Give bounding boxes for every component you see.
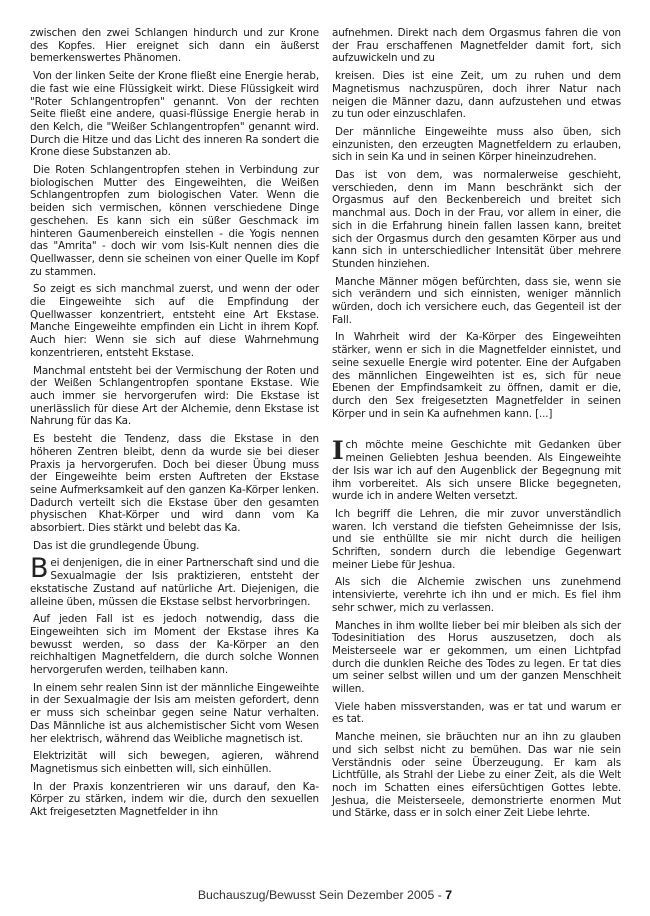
dropcap-paragraph: Ich möchte meine Geschichte mit Gedanken… [332, 439, 621, 503]
drop-cap: I [332, 440, 344, 462]
paragraph: Ich begriff die Lehren, die mir zuvor un… [332, 508, 621, 572]
paragraph: In einem sehr realen Sinn ist der männli… [30, 682, 319, 746]
dropcap-paragraph-text: ch möchte meine Geschichte mit Gedanken … [332, 439, 621, 502]
paragraph: In Wahrheit wird der Ka-Körper des Einge… [332, 331, 621, 420]
paragraph: Manche meinen, sie bräuchten nur an ihn … [332, 731, 621, 820]
paragraph: Manche Männer mögen befürchten, dass sie… [332, 276, 621, 327]
paragraph: In der Praxis konzentrieren wir uns dara… [30, 781, 319, 819]
paragraph: aufnehmen. Direkt nach dem Orgasmus fahr… [332, 27, 621, 65]
paragraph: Auf jeden Fall ist es jedoch notwendig, … [30, 613, 319, 677]
section-spacer [332, 425, 621, 439]
paragraph: Die Roten Schlangentropfen stehen in Ver… [30, 164, 319, 278]
publication-name: Buchauszug/Bewusst Sein Dezember 2005 [198, 888, 435, 902]
paragraph: So zeigt es sich manchmal zuerst, und we… [30, 283, 319, 359]
document-page: zwischen den zwei Schlangen hindurch und… [0, 0, 650, 916]
paragraph: Manchmal entsteht bei der Vermischung de… [30, 365, 319, 429]
paragraph: Von der linken Seite der Krone fließt ei… [30, 70, 319, 159]
page-footer: Buchauszug/Bewusst Sein Dezember 2005 - … [0, 888, 650, 902]
paragraph: Das ist die grundlegende Übung. [30, 540, 319, 553]
drop-cap: B [30, 558, 48, 580]
left-column: zwischen den zwei Schlangen hindurch und… [30, 27, 319, 824]
paragraph: kreisen. Dies ist eine Zeit, um zu ruhen… [332, 70, 621, 121]
right-column: aufnehmen. Direkt nach dem Orgasmus fahr… [332, 27, 621, 825]
footer-separator: - [434, 888, 445, 902]
paragraph: Das ist von dem, was normalerweise gesch… [332, 169, 621, 271]
paragraph: Als sich die Alchemie zwischen uns zuneh… [332, 576, 621, 614]
paragraph: Elektrizität will sich bewegen, agieren,… [30, 750, 319, 775]
paragraph: Manches in ihm wollte lieber bei mir ble… [332, 620, 621, 696]
paragraph: Viele haben missverstanden, was er tat u… [332, 701, 621, 726]
page-number: 7 [445, 888, 452, 902]
dropcap-paragraph: Bei denjenigen, die in einer Partnerscha… [30, 557, 319, 608]
paragraph: Es besteht die Tendenz, dass die Ekstase… [30, 433, 319, 535]
paragraph: zwischen den zwei Schlangen hindurch und… [30, 27, 319, 65]
paragraph: Der männliche Eingeweihte muss also üben… [332, 126, 621, 164]
dropcap-paragraph-text: ei denjenigen, die in einer Partnerschaf… [30, 557, 319, 607]
